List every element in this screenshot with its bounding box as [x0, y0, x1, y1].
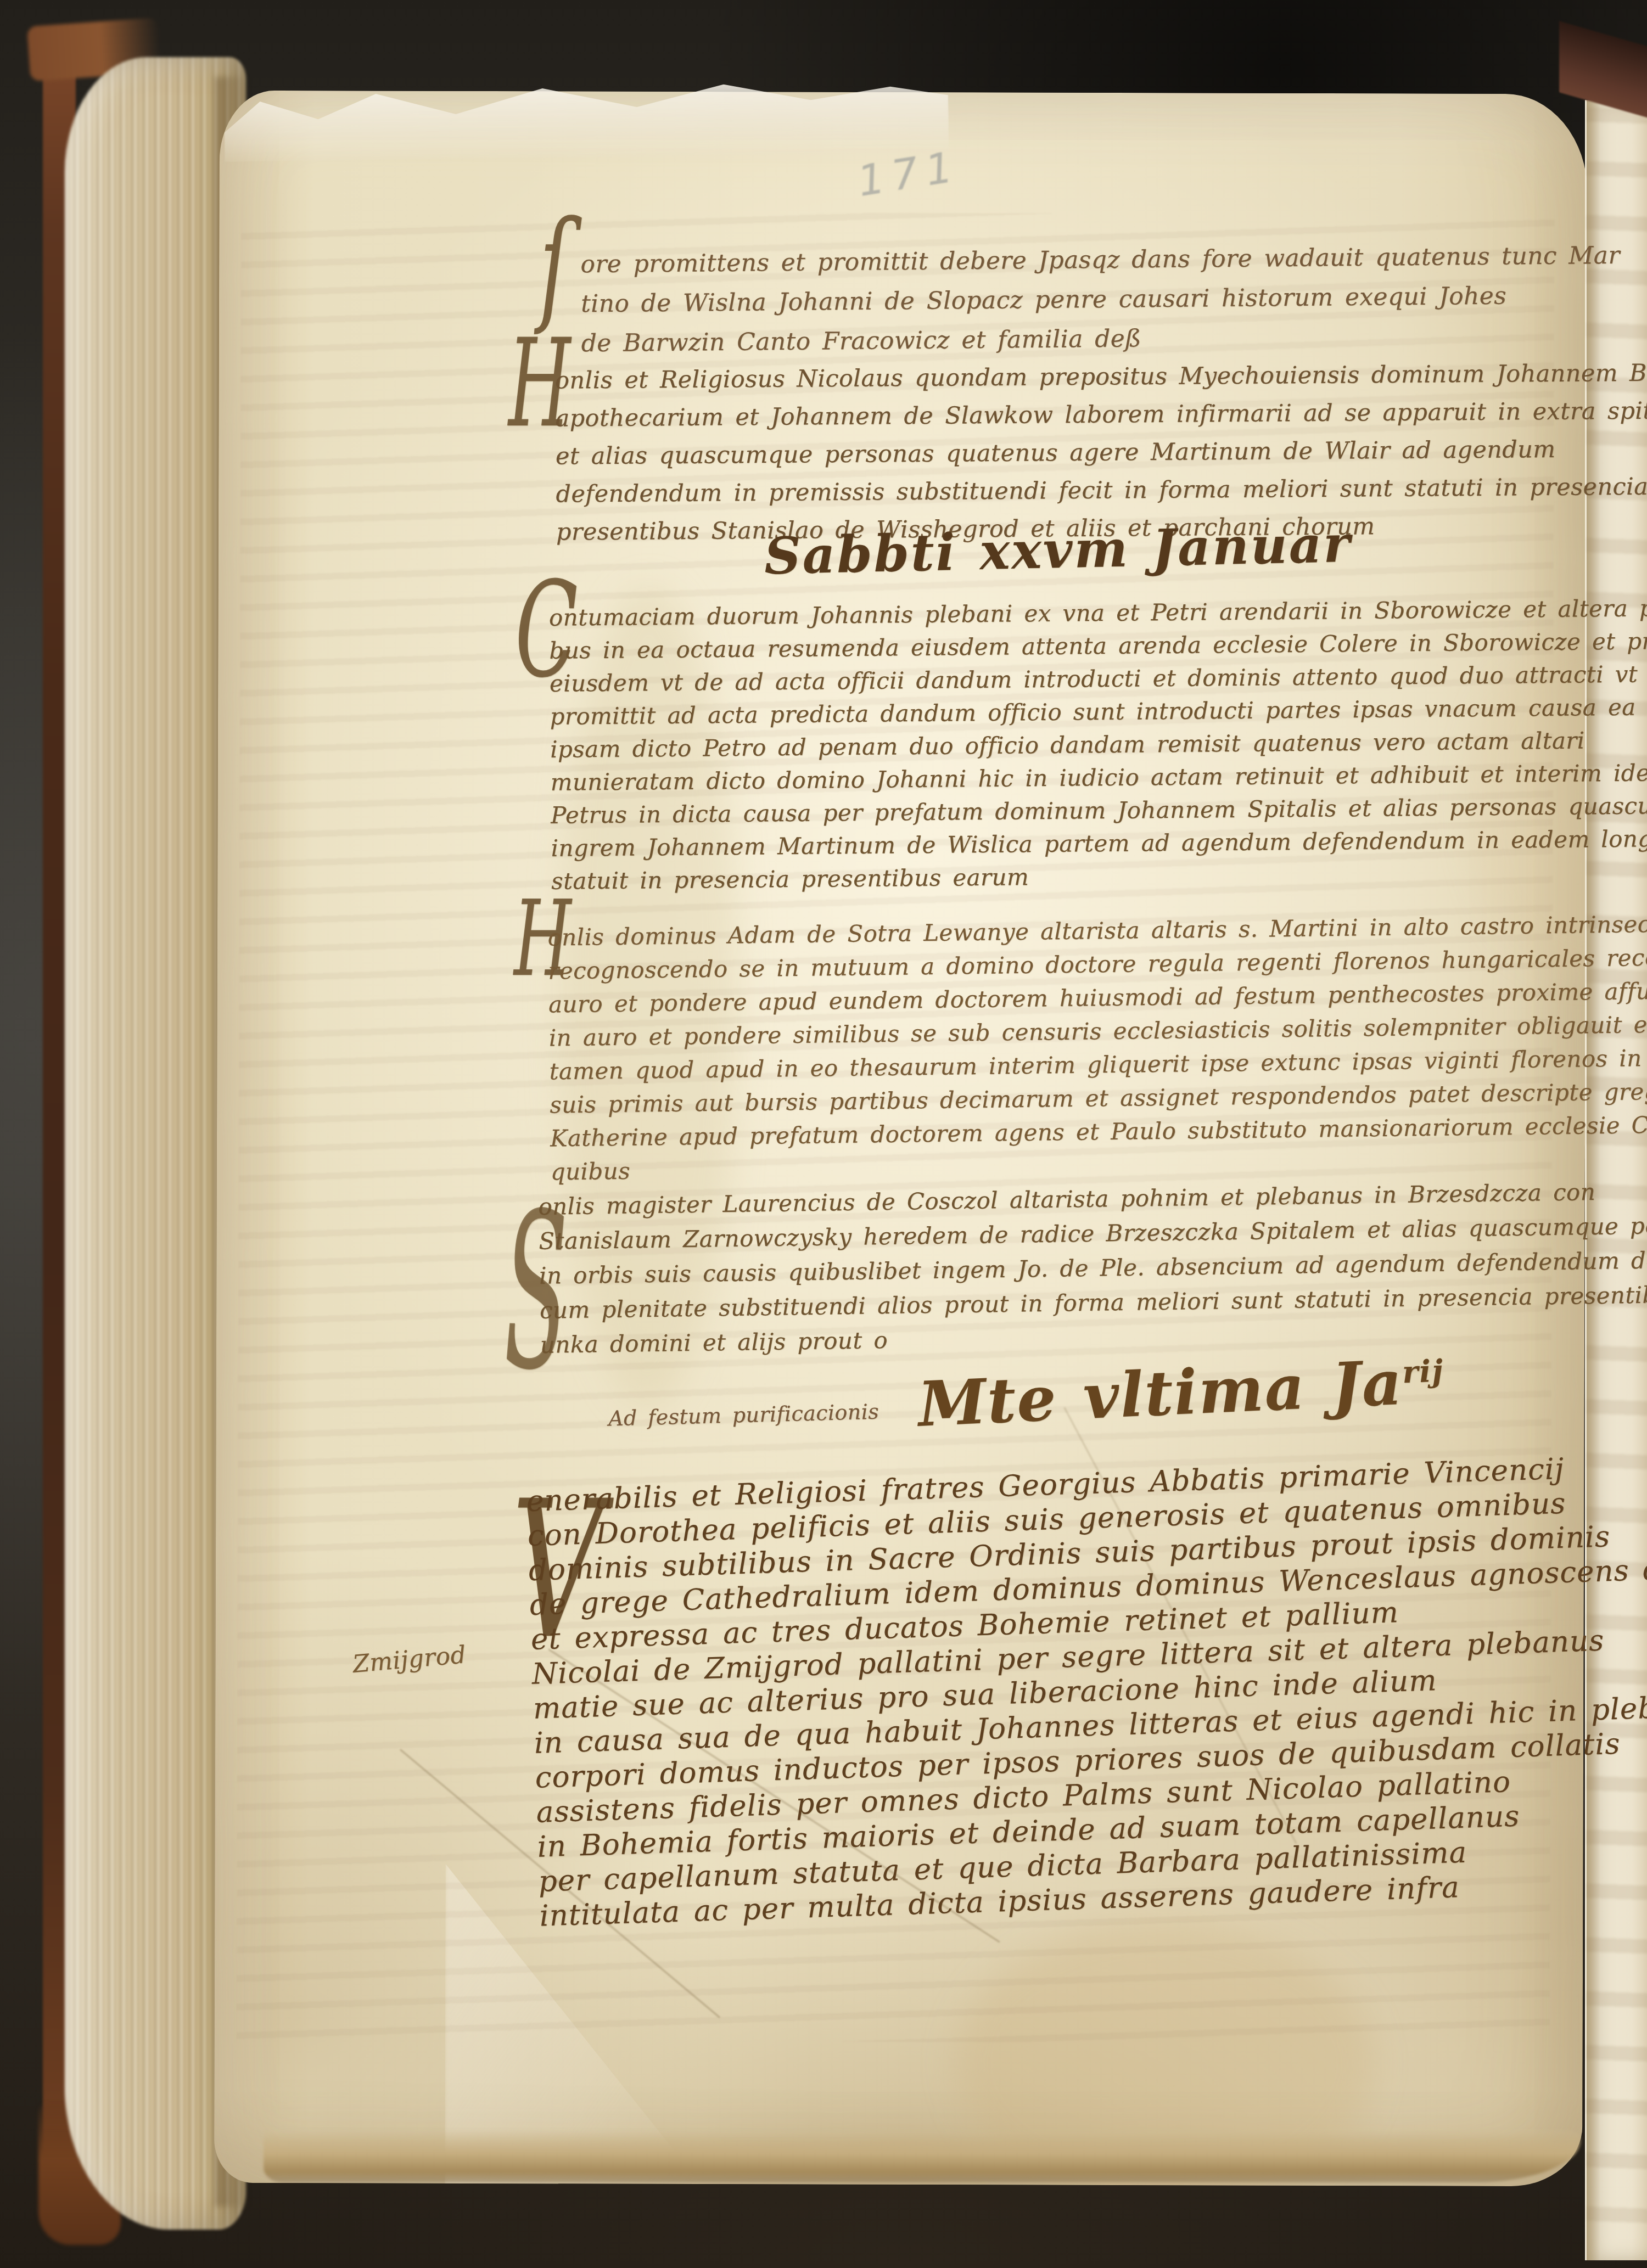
- entry-block-4: onlis dominus Adam de Sotra Lewanye alta…: [547, 904, 1647, 1189]
- entry-block-1: ore promittens et promittit debere Jpasq…: [580, 236, 1621, 364]
- entry-block-5: onlis magister Laurencius de Cosczol alt…: [538, 1171, 1647, 1362]
- bottom-page-edges: [264, 2130, 1581, 2182]
- date-heading-sabbati: Sabbti xxvm Januar: [764, 514, 1352, 586]
- photograph-background: 171 ſ ore promittens et promittit debere…: [0, 0, 1647, 2268]
- manuscript-line: defendendum in premissis substituendi fe…: [556, 467, 1647, 513]
- heading-superscript: rij: [1402, 1352, 1445, 1390]
- entry-block-3: ontumaciam duorum Johannis plebani ex vn…: [549, 591, 1647, 898]
- entry-block-6: enerabilis et Religiosi fratres Georgius…: [526, 1444, 1647, 1933]
- torn-top-edge: [223, 75, 949, 162]
